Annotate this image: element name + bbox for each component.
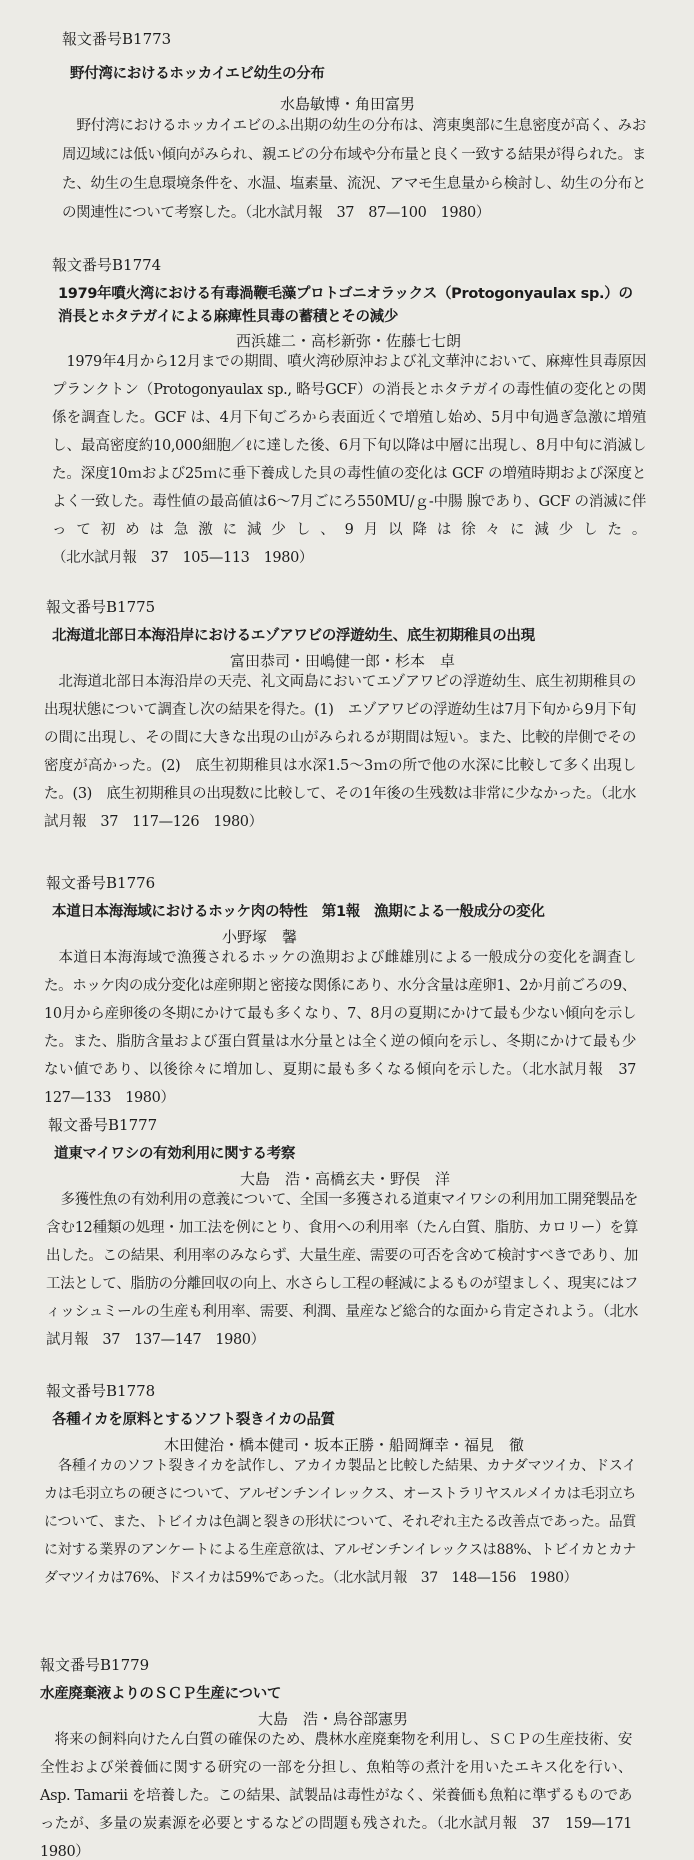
abstract-text: 北海道北部日本海沿岸の天売、礼文両島においてエゾアワビの浮遊幼生、底生初期稚貝の… bbox=[44, 674, 636, 802]
abstract-text: 本道日本海海域で漁獲されるホッケの漁期および雌雄別による一般成分の変化を調査した… bbox=[44, 950, 636, 1078]
report-abstract: 北海道北部日本海沿岸の天売、礼文両島においてエゾアワビの浮遊幼生、底生初期稚貝の… bbox=[44, 668, 636, 836]
report-abstract: 1979年4月から12月までの期間、噴火湾砂原沖および礼文華沖において、麻痺性貝… bbox=[52, 348, 646, 572]
report-title: 道東マイワシの有効利用に関する考察 bbox=[54, 1142, 295, 1163]
report-title: 水産廃棄液よりのＳＣＰ生産について bbox=[40, 1682, 281, 1703]
citation: （北水試月報 37 148—156 1980） bbox=[333, 1570, 578, 1586]
report-abstract: 多獲性魚の有効利用の意義について、全国一多獲される道東マイワシの利用加工開発製品… bbox=[46, 1186, 638, 1354]
report-number: 報文番号B1775 bbox=[46, 596, 155, 617]
report-title: 各種イカを原料とするソフト裂きイカの品質 bbox=[52, 1408, 335, 1429]
report-authors: 水島敏博・角田富男 bbox=[280, 93, 415, 114]
report-number: 報文番号B1773 bbox=[62, 28, 171, 49]
abstract-text: 1979年4月から12月までの期間、噴火湾砂原沖および礼文華沖において、麻痺性貝… bbox=[52, 354, 646, 538]
citation: （北水試月報 37 87—100 1980） bbox=[245, 205, 490, 221]
report-abstract: 本道日本海海域で漁獲されるホッケの漁期および雌雄別による一般成分の変化を調査した… bbox=[44, 944, 636, 1112]
report-abstract: 野付湾におけるホッカイエビのふ出期の幼生の分布は、湾東奥部に生息密度が高く、みお… bbox=[62, 112, 646, 228]
report-title-line-2: 消長とホタテガイによる麻痺性貝毒の蓄積とその減少 bbox=[58, 305, 398, 326]
citation: （北水試月報 37 105—113 1980） bbox=[52, 550, 313, 566]
report-number: 報文番号B1778 bbox=[46, 1380, 155, 1401]
report-title: 野付湾におけるホッカイエビ幼生の分布 bbox=[70, 62, 325, 83]
report-abstract: 各種イカのソフト裂きイカを試作し、アカイカ製品と比較した結果、カナダマツイカ、ド… bbox=[44, 1452, 636, 1592]
abstract-text: 各種イカのソフト裂きイカを試作し、アカイカ製品と比較した結果、カナダマツイカ、ド… bbox=[44, 1458, 636, 1586]
report-number: 報文番号B1776 bbox=[46, 872, 155, 893]
report-abstract: 将来の飼料向けたん白質の確保のため、農林水産廃棄物を利用し、ＳＣＰの生産技術、安… bbox=[40, 1726, 632, 1860]
report-title: 本道日本海海域におけるホッケ肉の特性 第1報 漁期による一般成分の変化 bbox=[52, 900, 545, 921]
report-number: 報文番号B1777 bbox=[48, 1114, 157, 1135]
report-title-line-1: 1979年噴火湾における有毒渦鞭毛藻プロトゴニオラックス（Protogonyau… bbox=[58, 282, 633, 303]
report-title: 北海道北部日本海沿岸におけるエゾアワビの浮遊幼生、底生初期稚貝の出現 bbox=[52, 624, 535, 645]
report-number: 報文番号B1774 bbox=[52, 254, 161, 275]
report-number: 報文番号B1779 bbox=[40, 1654, 149, 1675]
abstract-text: 多獲性魚の有効利用の意義について、全国一多獲される道東マイワシの利用加工開発製品… bbox=[46, 1192, 638, 1320]
